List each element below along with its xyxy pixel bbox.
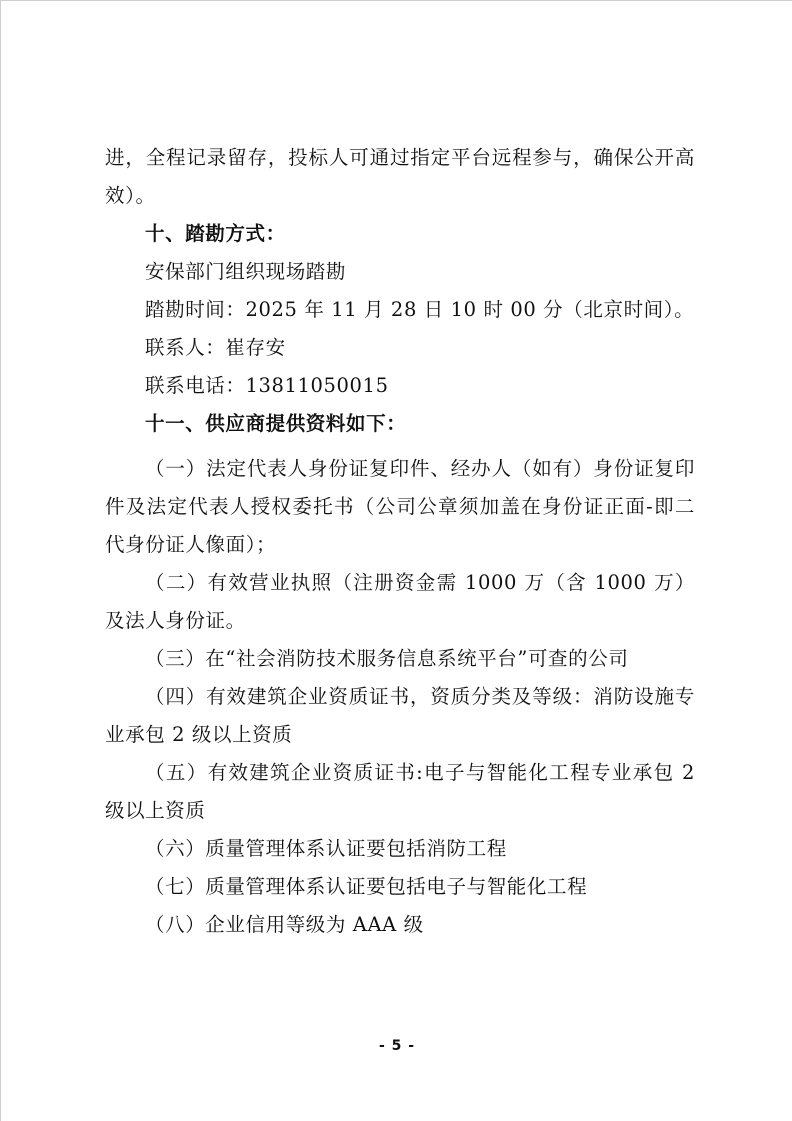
requirement-item-8: （八）企业信用等级为 AAA 级: [105, 906, 695, 944]
paragraph-continuation: 进，全程记录留存，投标人可通过指定平台远程参与，确保公开高效）。: [105, 139, 695, 215]
section-heading-supplier-materials: 十一、供应商提供资料如下：: [105, 405, 695, 443]
document-page: 进，全程记录留存，投标人可通过指定平台远程参与，确保公开高效）。 十、踏勘方式：…: [0, 0, 792, 1121]
contact-phone: 联系电话：13811050015: [105, 367, 695, 405]
requirement-item-3: （三）在“社会消防技术服务信息系统平台”可查的公司: [105, 640, 695, 678]
requirement-item-4: （四）有效建筑企业资质证书，资质分类及等级：消防设施专业承包 2 级以上资质: [105, 678, 695, 754]
requirement-item-5: （五）有效建筑企业资质证书:电子与智能化工程专业承包 2 级以上资质: [105, 754, 695, 830]
requirement-item-6: （六）质量管理体系认证要包括消防工程: [105, 830, 695, 868]
document-body: 进，全程记录留存，投标人可通过指定平台远程参与，确保公开高效）。 十、踏勘方式：…: [105, 139, 695, 944]
page-number: - 5 -: [1, 1038, 792, 1054]
requirement-item-2: （二）有效营业执照（注册资金需 1000 万（含 1000 万）及法人身份证。: [105, 564, 695, 640]
site-visit-time: 踏勘时间：2025 年 11 月 28 日 10 时 00 分（北京时间）。: [105, 291, 695, 329]
site-visit-organizer: 安保部门组织现场踏勘: [105, 253, 695, 291]
requirement-item-7: （七）质量管理体系认证要包括电子与智能化工程: [105, 868, 695, 906]
requirement-item-1: （一）法定代表人身份证复印件、经办人（如有）身份证复印件及法定代表人授权委托书（…: [105, 450, 695, 564]
contact-person: 联系人：崔存安: [105, 329, 695, 367]
section-heading-site-visit: 十、踏勘方式：: [105, 215, 695, 253]
